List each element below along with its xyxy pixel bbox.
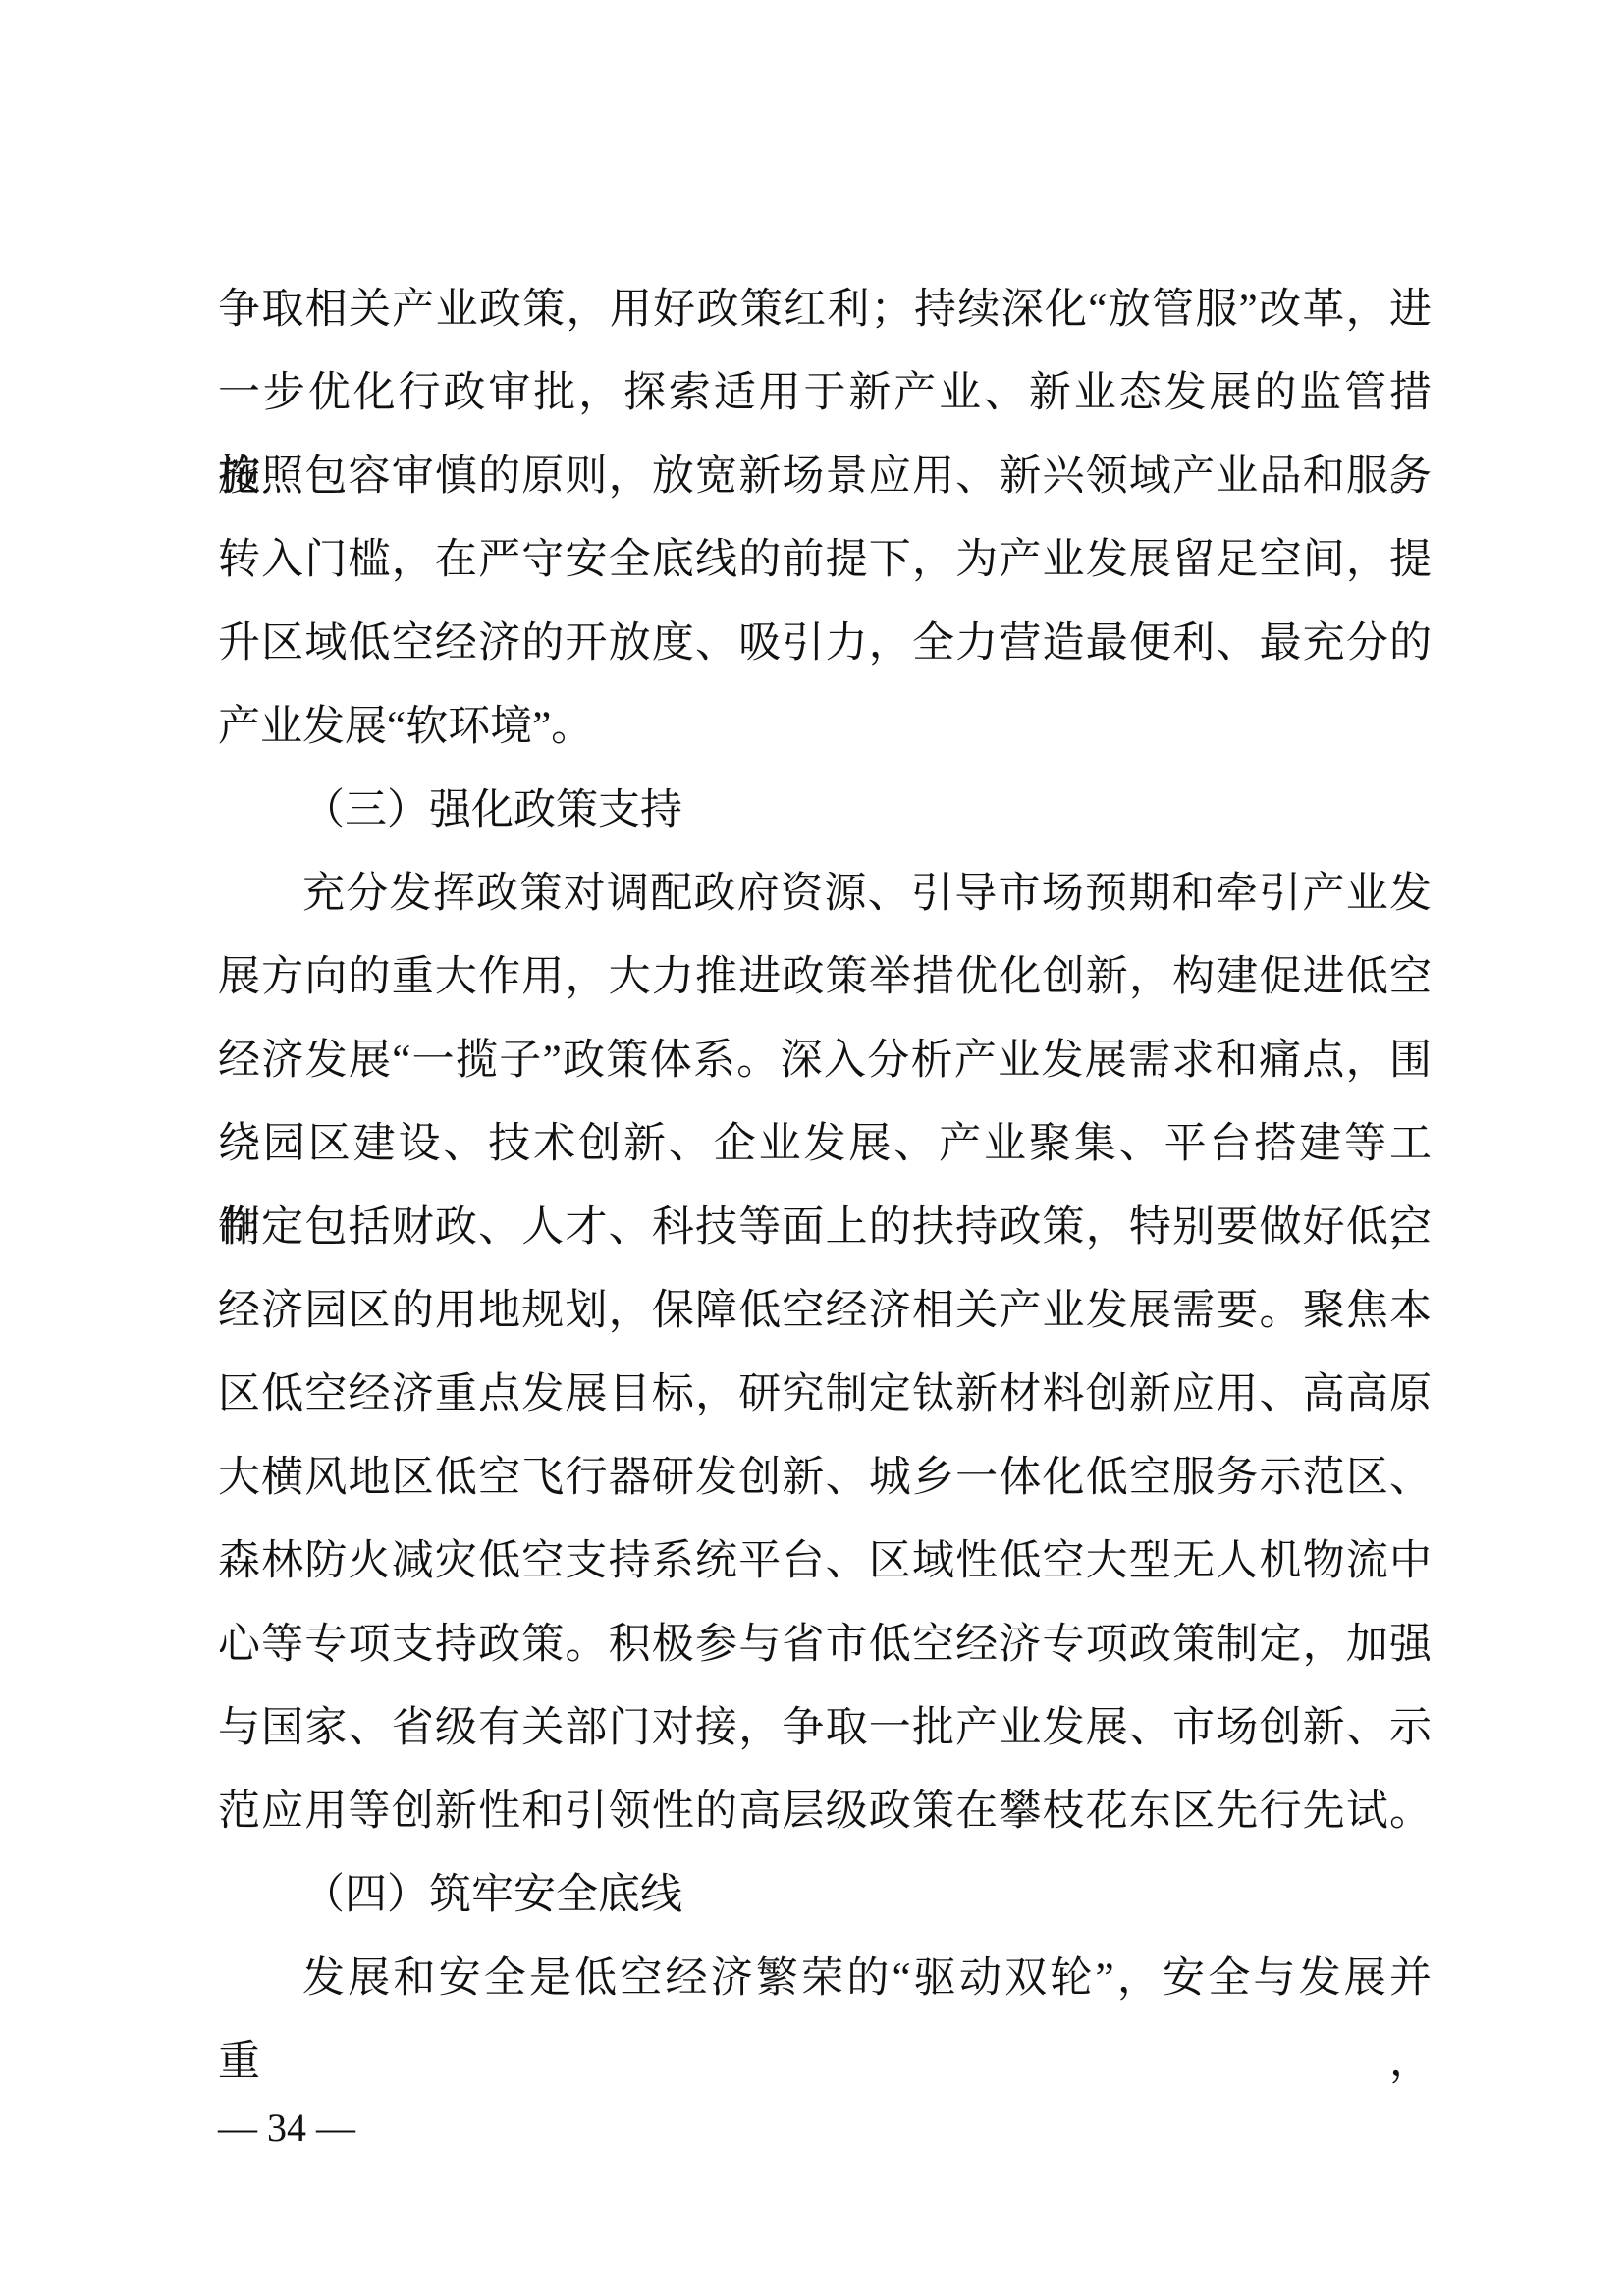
text-line: 大横风地区低空飞行器研发创新、城乡一体化低空服务示范区、	[218, 1436, 1432, 1520]
text-line: 心等专项支持政策。积极参与省市低空经济专项政策制定，加强	[218, 1603, 1432, 1686]
text-line: 争取相关产业政策，用好政策红利；持续深化“放管服”改革，进	[218, 268, 1432, 351]
document-body: 争取相关产业政策，用好政策红利；持续深化“放管服”改革，进 一步优化行政审批，探…	[218, 268, 1432, 2020]
paragraph-end-line: 产业发展“软环境”。	[218, 685, 1432, 769]
text-line: 按照包容审慎的原则，放宽新场景应用、新兴领域产业品和服务	[218, 435, 1432, 518]
page-number: — 34 —	[218, 2106, 355, 2150]
text-line: 绕园区建设、技术创新、企业发展、产业聚集、平台搭建等工作，	[218, 1102, 1432, 1186]
page-footer: — 34 —	[218, 2101, 355, 2156]
text-line: 经济园区的用地规划，保障低空经济相关产业发展需要。聚焦本	[218, 1269, 1432, 1353]
text-line: 森林防火减灾低空支持系统平台、区域性低空大型无人机物流中	[218, 1520, 1432, 1603]
text-line: 一步优化行政审批，探索适用于新产业、新业态发展的监管措施。	[218, 351, 1432, 435]
text-line: 升区域低空经济的开放度、吸引力，全力营造最便利、最充分的	[218, 602, 1432, 685]
section-heading-3: （三）强化政策支持	[218, 769, 1432, 852]
paragraph-end-line: 范应用等创新性和引领性的高层级政策在攀枝花东区先行先试。	[218, 1770, 1432, 1853]
text-line: 区低空经济重点发展目标，研究制定钛新材料创新应用、高高原	[218, 1353, 1432, 1436]
text-line: 制定包括财政、人才、科技等面上的扶持政策，特别要做好低空	[218, 1186, 1432, 1269]
document-page: 争取相关产业政策，用好政策红利；持续深化“放管服”改革，进 一步优化行政审批，探…	[0, 0, 1624, 2296]
paragraph-first-line: 发展和安全是低空经济繁荣的“驱动双轮”，安全与发展并重，	[218, 1937, 1432, 2020]
paragraph-first-line: 充分发挥政策对调配政府资源、引导市场预期和牵引产业发	[218, 852, 1432, 935]
section-heading-4: （四）筑牢安全底线	[218, 1853, 1432, 1937]
text-line: 与国家、省级有关部门对接，争取一批产业发展、市场创新、示	[218, 1686, 1432, 1770]
text-line: 转入门槛，在严守安全底线的前提下，为产业发展留足空间，提	[218, 518, 1432, 602]
text-line: 经济发展“一揽子”政策体系。深入分析产业发展需求和痛点，围	[218, 1019, 1432, 1102]
text-line: 展方向的重大作用，大力推进政策举措优化创新，构建促进低空	[218, 935, 1432, 1019]
